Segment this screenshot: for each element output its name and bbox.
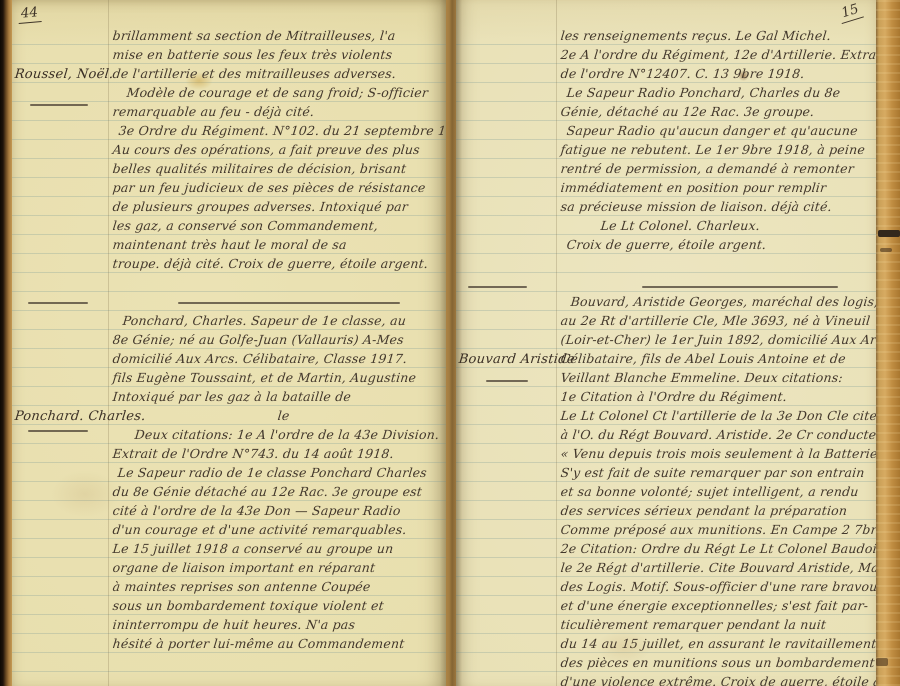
manuscript-line: hésité à porter lui-même au Commandement [112,638,405,651]
manuscript-line: brillamment sa section de Mitrailleuses,… [112,30,396,43]
manuscript-line: cité à l'ordre de la 43e Don — Sapeur Ra… [112,505,401,518]
manuscript-line: remarquable au feu - déjà cité. [112,106,315,119]
manuscript-line: et d'une énergie exceptionnelles; s'est … [560,600,869,613]
edge-mark [878,230,900,237]
manuscript-line: Bouvard, Aristide Georges, maréchal des … [570,296,877,309]
manuscript-line: d'un courage et d'une activité remarquab… [112,524,407,537]
manuscript-line: Extrait de l'Ordre N°743. du 14 août 191… [112,448,394,461]
manuscript-line: 1e Citation à l'Ordre du Régiment. [560,391,788,404]
handwritten-text-left: brillamment sa section de Mitrailleuses,… [10,0,446,686]
manuscript-line: du 14 au 15 juillet, en assurant le ravi… [560,638,877,651]
manuscript-line: ininterrompu de huit heures. N'a pas [112,619,356,632]
manuscript-line: immédiatement en position pour remplir [560,182,827,195]
margin-note: Roussel, Noël. [14,68,114,81]
manuscript-line: Comme préposé aux munitions. En Campe 2 … [560,524,877,537]
page-right: 15 les renseignements reçus. Le Gal Mich… [456,0,877,686]
manuscript-line: et sa bonne volonté; sujet intelligent, … [560,486,859,499]
manuscript-line: à l'O. du Régt Bouvard. Aristide. 2e Cr … [560,429,877,442]
manuscript-line: 2e A l'ordre du Régiment, 12e d'Artiller… [560,49,877,62]
manuscript-line: Ponchard, Charles. Sapeur de 1e classe, … [122,315,407,328]
manuscript-line: d'une violence extrême. Croix de guerre,… [560,676,877,686]
manuscript-line: des services sérieux pendant la préparat… [560,505,848,518]
manuscript-line: Au cours des opérations, a fait preuve d… [112,144,420,157]
manuscript-line: ticulièrement remarquer pendant la nuit [560,619,827,632]
manuscript-line: 3e Ordre du Régiment. N°102. du 21 septe… [118,125,446,138]
handwritten-text-right: les renseignements reçus. Le Gal Michel.… [456,0,876,686]
manuscript-line: sous un bombardement toxique violent et [112,600,385,613]
manuscript-line: Le Lt Colonel. Charleux. [600,220,761,233]
manuscript-line: de l'artillerie et des mitrailleuses adv… [112,68,397,81]
manuscript-line: des Logis. Motif. Sous-officier d'une ra… [560,581,877,594]
manuscript-line: Génie, détaché au 12e Rac. 3e groupe. [560,106,815,119]
manuscript-line: Le Lt Colonel Ct l'artillerie de la 3e D… [560,410,877,423]
manuscript-line: mise en batterie sous les feux très viol… [112,49,393,62]
margin-note: Ponchard. Charles. [14,410,146,423]
manuscript-line: troupe. déjà cité. Croix de guerre, étoi… [112,258,429,271]
manuscript-line: sa précieuse mission de liaison. déjà ci… [560,201,832,214]
manuscript-line: fils Eugène Toussaint, et de Martin, Aug… [112,372,417,385]
manuscript-line: « Venu depuis trois mois seulement à la … [560,448,877,461]
page-edge-strip [876,0,900,686]
edge-mark [880,248,892,252]
manuscript-line: au 2e Rt d'artillerie Cle, Mle 3693, né … [560,315,871,328]
manuscript-line: des pièces en munitions sous un bombarde… [560,657,875,670]
manuscript-line: Célibataire, fils de Abel Louis Antoine … [560,353,846,366]
manuscript-line: S'y est fait de suite remarquer par son … [560,467,865,480]
manuscript-line: rentré de permission, a demandé à remont… [560,163,855,176]
manuscript-line: Sapeur Radio qu'aucun danger et qu'aucun… [566,125,858,138]
manuscript-line: belles qualités militaires de décision, … [112,163,407,176]
manuscript-line: Le Sapeur radio de 1e classe Ponchard Ch… [117,467,427,480]
manuscript-line: Deux citations: 1e A l'ordre de la 43e D… [134,429,440,442]
manuscript-line: les gaz, a conservé son Commandement, [112,220,379,233]
manuscript-line: à maintes reprises son antenne Coupée [112,581,371,594]
manuscript-line: le [277,410,290,423]
manuscript-line: 8e Génie; né au Golfe-Juan (Vallauris) A… [112,334,404,347]
manuscript-line: par un feu judicieux de ses pièces de ré… [112,182,426,195]
manuscript-line: Le Sapeur Radio Ponchard, Charles du 8e [566,87,841,100]
manuscript-line: 2e Citation: Ordre du Régt Le Lt Colonel… [560,543,877,556]
ledger-spread: 44 brillamment sa section de Mitrailleus… [0,0,900,686]
manuscript-line: Veillant Blanche Emmeline. Deux citation… [560,372,843,385]
manuscript-line: domicilié Aux Arcs. Célibataire, Classe … [112,353,408,366]
manuscript-line: maintenant très haut le moral de sa [112,239,347,252]
manuscript-line: du 8e Génie détaché au 12e Rac. 3e group… [112,486,423,499]
manuscript-line: de plusieurs groupes adverses. Intoxiqué… [112,201,409,214]
page-left: 44 brillamment sa section de Mitrailleus… [10,0,446,686]
margin-note: Bouvard Aristide [458,353,576,366]
manuscript-line: fatigue ne rebutent. Le 1er 9bre 1918, à… [560,144,866,157]
manuscript-line: Le 15 juillet 1918 a conservé au groupe … [112,543,394,556]
binding-edge [0,0,12,686]
manuscript-line: Intoxiqué par les gaz à la bataille de [112,391,352,404]
manuscript-line: (Loir-et-Cher) le 1er Juin 1892, domicil… [560,334,877,347]
manuscript-line: les renseignements reçus. Le Gal Michel. [560,30,832,43]
manuscript-line: de l'ordre N°12407. C. 13 9bre 1918. [560,68,805,81]
page-number-left: 44 [17,6,41,23]
manuscript-line: le 2e Régt d'artillerie. Cite Bouvard Ar… [560,562,877,575]
manuscript-line: organe de liaison important en réparant [112,562,376,575]
edge-mark [876,658,888,666]
manuscript-line: Modèle de courage et de sang froid; S-of… [126,87,429,100]
manuscript-line: Croix de guerre, étoile argent. [566,239,767,252]
